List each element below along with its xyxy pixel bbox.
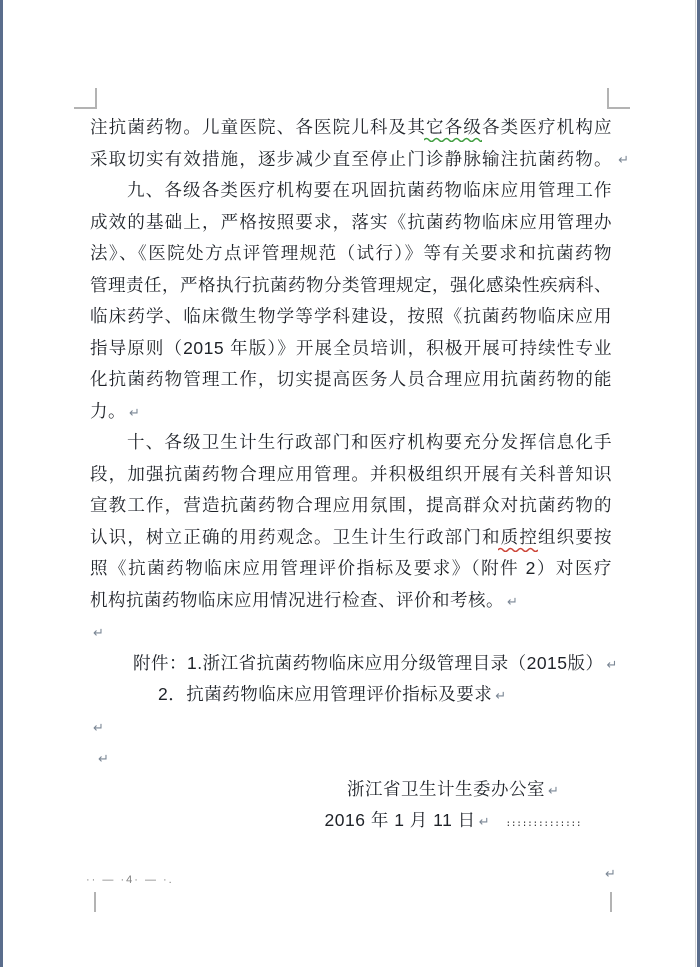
paragraph-mark-icon: ↵ — [93, 720, 104, 735]
document-page: 注抗菌药物。儿童医院、各医院儿科及其它各级各类医疗机构应采取切实有效措施，逐步减… — [0, 0, 700, 967]
text-line[interactable]: ↵ — [90, 742, 612, 774]
page-left-edge — [0, 0, 3, 967]
text-line[interactable]: 十、各级卫生计生行政部门和医疗机构要充分发挥信息化手 — [90, 427, 612, 459]
text-line[interactable]: 临床药学、临床微生物学等学科建设，按照《抗菌药物临床应用 — [90, 301, 612, 333]
paragraph-mark-icon: ↵ — [98, 751, 109, 766]
page-right-inner-edge — [695, 0, 696, 967]
text-line[interactable]: 附件：1.浙江省抗菌药物临床应用分级管理目录（2015版）↵ — [90, 648, 612, 680]
text-line[interactable]: 宣教工作，营造抗菌药物合理应用氛围，提高群众对抗菌药物的 — [90, 490, 612, 522]
text-line[interactable]: 2016 年 1 月 11 日↵:::::::::::::: — [90, 805, 612, 837]
text-line[interactable]: 采取切实有效措施，逐步减少直至停止门诊静脉输注抗菌药物。↵ — [90, 144, 612, 176]
paragraph-mark-icon: ↵ — [129, 405, 140, 420]
text-body[interactable]: 注抗菌药物。儿童医院、各医院儿科及其它各级各类医疗机构应采取切实有效措施，逐步减… — [90, 112, 612, 837]
text-line[interactable]: 成效的基础上，严格按照要求，落实《抗菌药物临床应用管理办 — [90, 207, 612, 239]
margin-mark-bottom-left — [94, 892, 96, 912]
text-line[interactable]: 指导原则（2015 年版）》开展全员培训，积极开展可持续性专业 — [90, 333, 612, 365]
margin-corner-mark-top-right — [607, 88, 630, 109]
paragraph-mark-icon: ↵ — [93, 625, 104, 640]
paragraph-mark-icon: ↵ — [479, 814, 490, 829]
text-line[interactable]: ↵ — [90, 616, 612, 648]
text-line[interactable]: 九、各级各类医疗机构要在巩固抗菌药物临床应用管理工作 — [90, 175, 612, 207]
text-line[interactable]: 2．抗菌药物临床应用管理评价指标及要求↵ — [90, 679, 612, 711]
text-line[interactable]: 法》、《医院处方点评管理规范（试行）》等有关要求和抗菌药物 — [90, 238, 612, 270]
text-line[interactable]: 段，加强抗菌药物合理应用管理。并积极组织开展有关科普知识 — [90, 459, 612, 491]
margin-mark-bottom-right — [610, 892, 612, 912]
paragraph-mark-icon: ↵ — [548, 783, 559, 798]
page-number: ·· — ·4· — ·. — [86, 874, 174, 886]
text-line[interactable]: 注抗菌药物。儿童医院、各医院儿科及其它各级各类医疗机构应 — [90, 112, 612, 144]
paragraph-mark-icon: ↵ — [507, 594, 518, 609]
text-line[interactable]: 照《抗菌药物临床应用管理评价指标及要求》（附件 2）对医疗 — [90, 553, 612, 585]
text-line[interactable]: 力。↵ — [90, 396, 612, 428]
paragraph-mark-icon: ↵ — [605, 866, 616, 882]
text-line[interactable]: ↵ — [90, 711, 612, 743]
text-line[interactable]: 化抗菌药物管理工作，切实提高医务人员合理应用抗菌药物的能 — [90, 364, 612, 396]
spellcheck-squiggle-green-icon — [424, 136, 482, 142]
paragraph-mark-icon: ↵ — [495, 688, 506, 703]
text-line[interactable]: 管理责任，严格执行抗菌药物分类管理规定，强化感染性疾病科、 — [90, 270, 612, 302]
margin-corner-mark-top-left — [74, 88, 97, 109]
paragraph-mark-icon: ↵ — [618, 144, 629, 176]
text-line[interactable]: 浙江省卫生计生委办公室↵ — [90, 774, 612, 806]
spellcheck-squiggle-red-icon — [498, 546, 538, 552]
text-line[interactable]: 机构抗菌药物临床应用情况进行检查、评价和考核。↵ — [90, 585, 612, 617]
hidden-text-mark: :::::::::::::: — [506, 819, 582, 829]
paragraph-mark-icon: ↵ — [607, 657, 618, 672]
